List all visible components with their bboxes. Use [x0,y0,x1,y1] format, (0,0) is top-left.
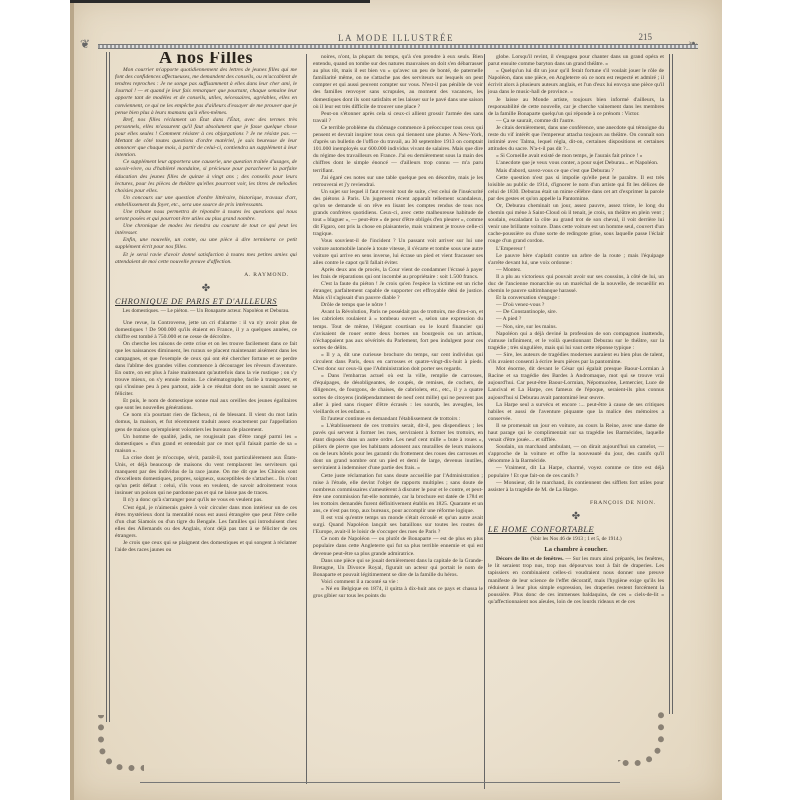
paragraph: Et puis, le nom de domestique sonne mal … [115,398,297,412]
paragraph: Il est vrai qu'entre temps un monde s'ét… [313,515,483,536]
paragraph: Enfin, une nouvelle, un conte, ou une pi… [115,237,297,251]
paragraph: Dans une pièce qui se jouait dernièremen… [313,558,483,579]
section-note: (Voir les Nos 46 de 1913 ; 1 et 5, de 19… [488,536,664,543]
header-rule [98,44,698,49]
paragraph: « Il y a, dit une curieuse brochure du t… [313,352,483,373]
scan-border [70,0,370,3]
paragraph: « Quelqu'un lui dit un jour qu'il ferait… [488,68,664,96]
paragraph: Mais d'abord, savez-vous ce que c'est qu… [488,168,664,175]
section-text: — Sur les murs ainsi préparés, les fenêt… [488,556,664,605]
paragraph: Cette question n'est pas si impolie qu'e… [488,175,664,203]
paragraph: Un concours sur une question d'ordre lit… [115,195,297,209]
paragraph: — De Constantinople, sire. [488,309,664,316]
paragraph: Je crois que ceux qui se plaignent des d… [115,540,297,554]
section-summary: Les domestiques. — Le piéton. — Un Bonap… [115,308,297,315]
page-number: 215 [639,32,653,42]
paragraph: Une revue, la Controverse, jette un cri … [115,320,297,341]
paragraph: Une chronique de modes les tiendra au co… [115,223,297,237]
paragraph: Ce nom de Napoléon — ou plutôt de Bonapa… [313,536,483,557]
column-2-body: noires, n'ont, la plupart du temps, qu'à… [313,54,483,600]
paragraph: C'est égal, je n'aimerais guère à voir c… [115,505,297,540]
paragraph: La crise dont je m'occupe, sévit, paraît… [115,455,297,498]
section-body: Une revue, la Controverse, jette un cri … [115,320,297,554]
section-title: CHRONIQUE DE PARIS ET D'AILLEURS [115,298,297,305]
paragraph: Il se promenait un jour en voiture, au c… [488,423,664,444]
paragraph: Or, Deburau cheminait un jour, assez pau… [488,203,664,246]
column-rule-2 [484,54,485,789]
frame-line-left [106,52,107,722]
running-head: LA MODE ILLUSTRÉE [70,33,722,43]
section-lead: Décors de lits et de fenêtres. [496,556,564,562]
column-3: globe. Lorsqu'il revint, il s'engagea po… [488,54,664,789]
paragraph: Un sujet sur lequel il faut revenir tout… [313,189,483,239]
chronicle-signature: FRANÇOIS DE NION. [488,500,656,507]
paragraph: Je citais dernièrement, dans une confére… [488,125,664,153]
paragraph: Mot énorme, dit devant le César qui égal… [488,366,664,401]
column-3-body: globe. Lorsqu'il revint, il s'engagea po… [488,54,664,494]
section-subhead: La chambre à coucher. [488,546,664,553]
paragraph: « Si Corneille avait existé de mon temps… [488,153,664,160]
section-paragraph: Décors de lits et de fenêtres. — Sur les… [488,556,664,606]
section-title-home: LE HOME CONFORTABLE [488,526,664,533]
paragraph: Napoléon qui a déjà deviné la profession… [488,331,664,352]
paragraph: — Ça se saurait, comme dit l'autre. [488,118,664,125]
paragraph: — Vraiment, dit La Harpe, charmé, voyez … [488,465,664,479]
paragraph: Et je serai ravie d'avoir donné satisfac… [115,252,297,266]
frame-line-right-inner [672,54,673,714]
paragraph: On cherche les raisons de cette crise et… [115,341,297,398]
paragraph: Il a plu au victorieux qui pouvait avoir… [488,274,664,295]
paragraph: C'est la faute du piéton ! Je crois qu'e… [313,281,483,302]
paragraph: Drôle de temps que le nôtre ! [313,302,483,309]
article-title: A nos Filles [115,54,297,61]
paragraph: Voici comment il a raconté sa vie : [313,579,483,586]
paragraph: J'ai égaré ces notes sur une table quelq… [313,175,483,189]
paragraph: L'anecdote que je veux vous conter, a po… [488,160,664,167]
paragraph: — Non, sire, sur les mains. [488,324,664,331]
paragraph: Le pauvre hère s'aplatit contre un arbre… [488,253,664,267]
newspaper-page: LA MODE ILLUSTRÉE 215 ❦ ❧ A nos Filles M… [70,0,722,800]
paragraph: « L'établissement de ces trottoirs serai… [313,423,483,473]
paragraph: L'Empereur ! [488,246,664,253]
column-rule-1 [306,54,307,784]
paragraph: « Né en Belgique en 1874, il quitta à di… [313,586,483,600]
paragraph: — D'où venez-vous ? [488,302,664,309]
paragraph: Et la conversation s'engage : [488,295,664,302]
paragraph: Ce terrible problème du chômage commence… [313,125,483,175]
paragraph: Soudain, un marchand ambulant, — on dira… [488,444,664,465]
bottom-rule [140,782,620,783]
article-signature: A. RAYMOND. [115,272,289,279]
frame-line-right [669,54,670,714]
column-1: A nos Filles Mon courrier m'apporte quot… [115,52,297,792]
paragraph: — Montez. [488,267,664,274]
paragraph: Bref, nos filles réclament un État dans … [115,117,297,160]
paragraph: Un homme de qualité, jadis, ne rougissai… [115,434,297,455]
article-body: Mon courrier m'apporte quotidiennement d… [115,67,297,266]
ornamental-corner-left [98,715,144,771]
paragraph: Cette juste réclamation fut sans doute a… [313,473,483,516]
paragraph: Mon courrier m'apporte quotidiennement d… [115,67,297,117]
column-2: noires, n'ont, la plupart du temps, qu'à… [313,54,483,789]
paragraph: Il n'y a donc qu'à s'arranger pour qu'il… [115,497,297,504]
paragraph: Je laisse au Monde artiste, toujours bie… [488,97,664,118]
ornament-icon: ✤ [488,513,664,520]
paragraph: — A pied ? [488,316,664,323]
paragraph: — Monsieur, dit le marchand, ils contien… [488,480,664,494]
paragraph: Et l'auteur continue en demandant l'étab… [313,416,483,423]
paragraph: Ce nom n'a pourtant rien de fâcheux, ni … [115,412,297,433]
paragraph: noires, n'ont, la plupart du temps, qu'à… [313,54,483,111]
paragraph: Après deux ans de procès, la Cour vient … [313,267,483,281]
paragraph: Ce supplément leur apportera une causeri… [115,159,297,194]
paragraph: Peut-on s'étonner après cela si ceux-ci … [313,111,483,125]
paragraph: globe. Lorsqu'il revint, il s'engagea po… [488,54,664,68]
page-edge [70,0,74,800]
paragraph: Une tribune nous permettra de répondre à… [115,209,297,223]
paragraph: Avant la Révolution, Paris ne possédait … [313,309,483,352]
paragraph: « Dans l'embarras actuel où est la ville… [313,373,483,416]
frame-line-left-inner [109,52,110,722]
paragraph: Vous souvient-il de l'incident ? Un pass… [313,238,483,266]
flourish-left-icon: ❦ [80,37,90,52]
paragraph: La Harpe seul a survécu et encore :... p… [488,402,664,423]
paragraph: — Sire, les auteurs de tragédies moderne… [488,352,664,366]
ornament-icon: ✤ [115,285,297,292]
